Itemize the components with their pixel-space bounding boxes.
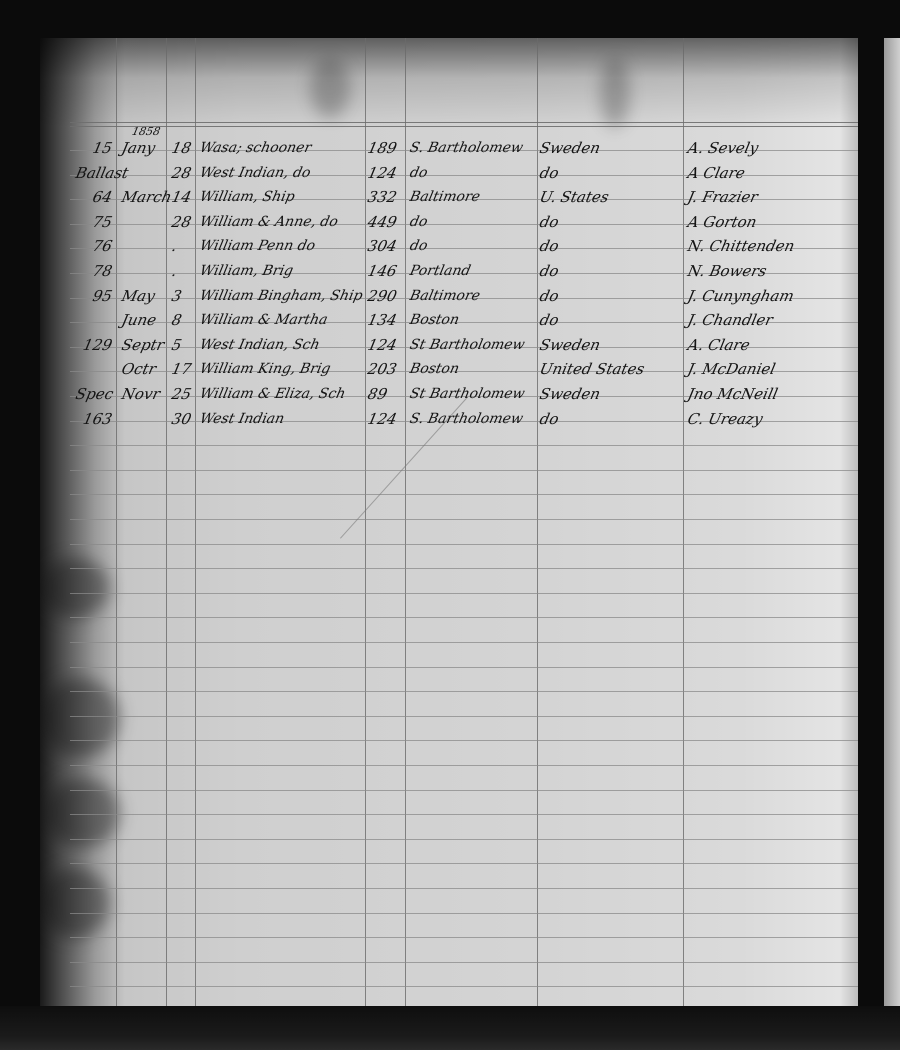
cell-day: 30 [170,409,193,429]
header-rule [70,126,858,127]
cell-tons: 332 [366,187,399,207]
row-rule [70,888,858,889]
cell-tons: 134 [366,310,399,330]
cell-port: S. Bartholomew [408,138,525,158]
cell-day: 25 [170,384,193,404]
cell-master: J. McDaniel [686,359,778,379]
cell-nation: do [538,286,561,306]
water-stain [40,868,110,938]
cell-nation: do [538,261,561,281]
row-rule [70,470,858,471]
cell-vessel: William Penn do [198,236,317,256]
cell-tons: 124 [366,163,399,183]
cell-nation: Sweden [538,335,602,355]
cell-tons: 124 [366,409,399,429]
cell-no: 129 [74,335,114,355]
film-border [0,1006,900,1050]
cell-vessel: William King, Brig [198,359,333,379]
cell-master: A Gorton [686,212,759,232]
cell-vessel: William, Ship [198,187,297,207]
cell-master: A Clare [686,163,747,183]
cell-master: J. Chandler [686,310,775,330]
cell-port: St Bartholomew [408,384,527,404]
cell-month: Octr [120,359,158,379]
row-rule [70,937,858,938]
cell-month: Septr [120,335,166,355]
cell-no: 76 [74,236,114,256]
cell-vessel: Wasa; schooner [198,138,313,158]
cell-no: Ballast [74,163,114,183]
column-rule [683,38,684,1006]
cell-day: 17 [170,359,193,379]
cell-no: 64 [74,187,114,207]
water-stain [310,58,350,118]
row-rule [70,790,858,791]
cell-vessel: William & Eliza, Sch [198,384,348,404]
cell-nation: do [538,163,561,183]
row-rule [70,863,858,864]
cell-port: Baltimore [408,286,482,306]
cell-no: 78 [74,261,114,281]
cell-port: St Bartholomew [408,335,527,355]
cell-no: 15 [74,138,114,158]
cell-no: 75 [74,212,114,232]
cell-master: J. Cunyngham [686,286,796,306]
row-rule [70,986,858,987]
cell-tons: 449 [366,212,399,232]
cell-nation: U. States [538,187,611,207]
cell-vessel: West Indian, do [198,163,313,183]
cell-day: . [170,261,179,281]
cell-vessel: William & Anne, do [198,212,340,232]
cell-day: 28 [170,212,193,232]
cell-tons: 189 [366,138,399,158]
row-rule [70,691,858,692]
cell-master: Jno McNeill [686,384,780,404]
cell-nation: do [538,310,561,330]
cell-vessel: William, Brig [198,261,295,281]
row-rule [70,445,858,446]
cell-month: May [120,286,157,306]
cell-port: Baltimore [408,187,482,207]
row-rule [70,716,858,717]
header-rule [70,122,858,123]
cell-nation: do [538,409,561,429]
row-rule [70,593,858,594]
cell-day: 28 [170,163,193,183]
cell-tons: 203 [366,359,399,379]
row-rule [70,642,858,643]
water-stain [45,778,120,848]
row-rule [70,617,858,618]
cell-port: do [408,212,430,232]
column-rule [405,38,406,1006]
cell-nation: do [538,212,561,232]
cell-month: June [120,310,158,330]
cell-tons: 146 [366,261,399,281]
cell-vessel: William & Martha [198,310,330,330]
cell-port: S. Bartholomew [408,409,525,429]
cell-month: Novr [120,384,162,404]
column-rule [116,38,117,1006]
cell-nation: do [538,236,561,256]
cell-tons: 290 [366,286,399,306]
water-stain [600,58,630,128]
ledger-page: 1858 15Jany18Wasa; schooner189S. Barthol… [40,38,858,1006]
cell-port: Boston [408,310,461,330]
cell-no: 95 [74,286,114,306]
row-rule [70,962,858,963]
cell-vessel: West Indian [198,409,286,429]
cell-month: Jany [120,138,157,158]
cell-tons: 304 [366,236,399,256]
cell-master: A. Clare [686,335,752,355]
row-rule [70,740,858,741]
cell-day: 18 [170,138,193,158]
cell-nation: United States [538,359,646,379]
row-rule [70,568,858,569]
cell-port: Boston [408,359,461,379]
adjacent-page-edge [884,38,900,1006]
cell-day: 14 [170,187,193,207]
water-stain [40,558,110,618]
cell-master: J. Frazier [686,187,760,207]
cell-day: 3 [170,286,184,306]
cell-tons: 89 [366,384,389,404]
cell-tons: 124 [366,335,399,355]
cell-day: . [170,236,179,256]
cell-vessel: West Indian, Sch [198,335,322,355]
row-rule [70,913,858,914]
cell-master: N. Chittenden [686,236,797,256]
cell-nation: Sweden [538,138,602,158]
cell-day: 5 [170,335,184,355]
cell-no: 163 [74,409,114,429]
cell-no: Spec [74,384,114,404]
cell-vessel: William Bingham, Ship [198,286,365,306]
row-rule [70,839,858,840]
row-rule [70,814,858,815]
cell-port: do [408,236,430,256]
cell-day: 8 [170,310,184,330]
row-rule [70,544,858,545]
column-rule [537,38,538,1006]
row-rule [70,667,858,668]
water-stain [40,678,120,758]
cell-port: do [408,163,430,183]
column-rule [365,38,366,1006]
column-rule [166,38,167,1006]
row-rule [70,519,858,520]
row-rule [70,494,858,495]
cell-month: March [120,187,174,207]
cell-master: C. Ureazy [686,409,765,429]
cell-port: Portland [408,261,473,281]
cell-nation: Sweden [538,384,602,404]
row-rule [70,765,858,766]
column-rule [195,38,196,1006]
cell-master: A. Sevely [686,138,760,158]
cell-master: N. Bowers [686,261,769,281]
